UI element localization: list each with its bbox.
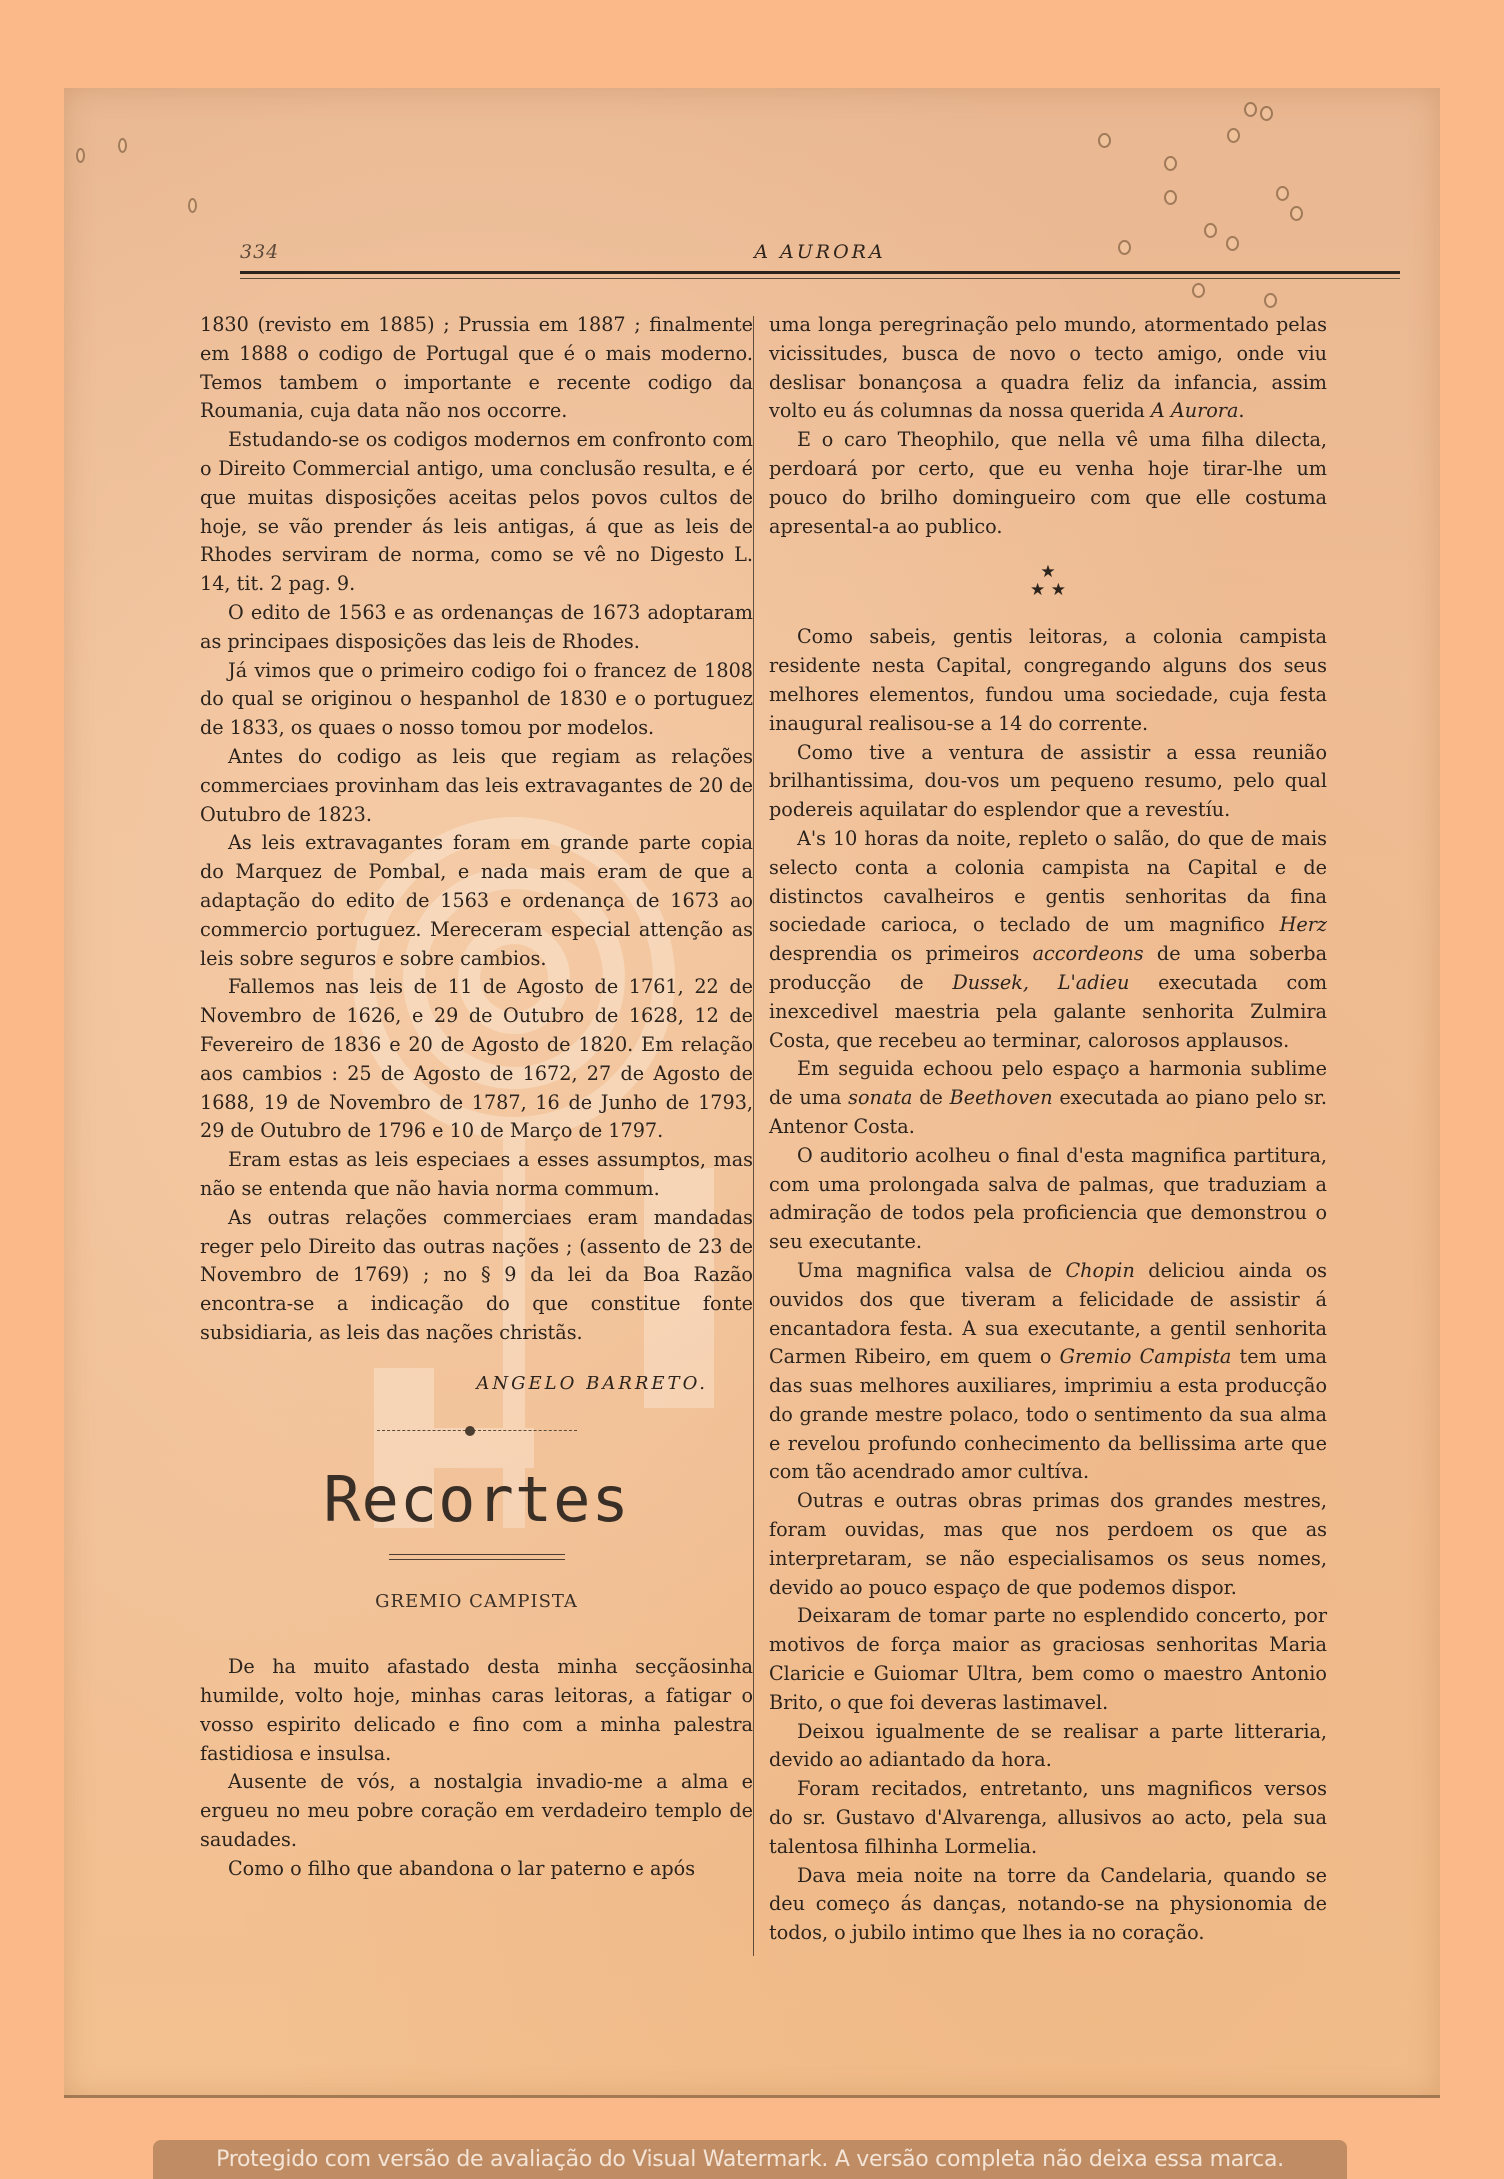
- paragraph: De ha muito afastado desta minha secçãos…: [200, 1653, 753, 1768]
- paragraph: Deixou igualmente de se realisar a parte…: [769, 1718, 1327, 1776]
- paragraph: O edito de 1563 e as ordenanças de 1673 …: [200, 599, 753, 657]
- scanned-newspaper-page: 334 A AURORA 1830 (revisto em 1885) ; Pr…: [64, 88, 1440, 2098]
- article-title: GREMIO CAMPISTA: [200, 1588, 753, 1617]
- paragraph: Como o filho que abandona o lar paterno …: [200, 1855, 753, 1884]
- paragraph: Como sabeis, gentis leitoras, a colonia …: [769, 623, 1327, 738]
- double-rule-divider: [389, 1554, 565, 1560]
- author-signature: ANGELO BARRETO.: [200, 1370, 753, 1399]
- paper-hole-decoration: [1290, 206, 1303, 221]
- paper-hole-decoration: [1264, 293, 1277, 308]
- paragraph: Dava meia noite na torre da Candelaria, …: [769, 1862, 1327, 1948]
- paper-hole-decoration: [118, 138, 127, 153]
- paragraph: As leis extravagantes foram em grande pa…: [200, 829, 753, 973]
- paper-hole-decoration: [1276, 186, 1289, 201]
- paper-hole-decoration: [1098, 133, 1111, 148]
- paragraph: As outras relações commerciaes eram mand…: [200, 1204, 753, 1348]
- right-column: uma longa peregrinação pelo mundo, atorm…: [769, 311, 1327, 1948]
- paragraph: Ausente de vós, a nostalgia invadio-me a…: [200, 1768, 753, 1854]
- paragraph: 1830 (revisto em 1885) ; Prussia em 1887…: [200, 311, 753, 426]
- watermark-banner: Protegido com versão de avaliação do Vis…: [153, 2140, 1347, 2179]
- asterism-divider: ★ ★ ★: [769, 563, 1327, 599]
- paragraph: Uma magnifica valsa de Chopin deliciou a…: [769, 1257, 1327, 1487]
- left-column: 1830 (revisto em 1885) ; Prussia em 1887…: [200, 311, 753, 1884]
- paragraph: Já vimos que o primeiro codigo foi o fra…: [200, 657, 753, 743]
- paragraph: Foram recitados, entretanto, uns magnifi…: [769, 1775, 1327, 1861]
- ornament-divider: [377, 1426, 577, 1436]
- paper-hole-decoration: [1227, 128, 1240, 143]
- paper-hole-decoration: [1260, 106, 1273, 121]
- paper-hole-decoration: [1164, 156, 1177, 171]
- paragraph: Estudando-se os codigos modernos em conf…: [200, 426, 753, 599]
- paragraph: uma longa peregrinação pelo mundo, atorm…: [769, 311, 1327, 426]
- paragraph: Deixaram de tomar parte no esplendido co…: [769, 1602, 1327, 1717]
- journal-name-italic: A Aurora: [1151, 399, 1239, 422]
- paragraph: E o caro Theophilo, que nella vê uma fil…: [769, 426, 1327, 541]
- paper-hole-decoration: [188, 198, 197, 213]
- paper-hole-decoration: [1244, 102, 1257, 117]
- paper-hole-decoration: [1164, 190, 1177, 205]
- section-title: Recortes: [200, 1460, 753, 1540]
- running-head: 334 A AURORA: [240, 241, 1400, 281]
- paragraph: A's 10 horas da noite, repleto o salão, …: [769, 825, 1327, 1055]
- paragraph: Fallemos nas leis de 11 de Agosto de 176…: [200, 973, 753, 1146]
- paragraph: Outras e outras obras primas dos grandes…: [769, 1487, 1327, 1602]
- header-rule: [240, 271, 1400, 279]
- paragraph: Antes do codigo as leis que regiam as re…: [200, 743, 753, 829]
- page-edge: [64, 2095, 1440, 2098]
- paper-hole-decoration: [1192, 283, 1205, 298]
- paragraph: O auditorio acolheu o final d'esta magni…: [769, 1142, 1327, 1257]
- paper-hole-decoration: [1204, 223, 1217, 238]
- journal-title: A AURORA: [240, 241, 1400, 263]
- paper-hole-decoration: [76, 148, 85, 163]
- paragraph: Em seguida echoou pelo espaço a harmonia…: [769, 1055, 1327, 1141]
- paragraph: Eram estas as leis especiaes a esses ass…: [200, 1146, 753, 1204]
- paragraph: Como tive a ventura de assistir a essa r…: [769, 739, 1327, 825]
- column-divider: [753, 316, 754, 1956]
